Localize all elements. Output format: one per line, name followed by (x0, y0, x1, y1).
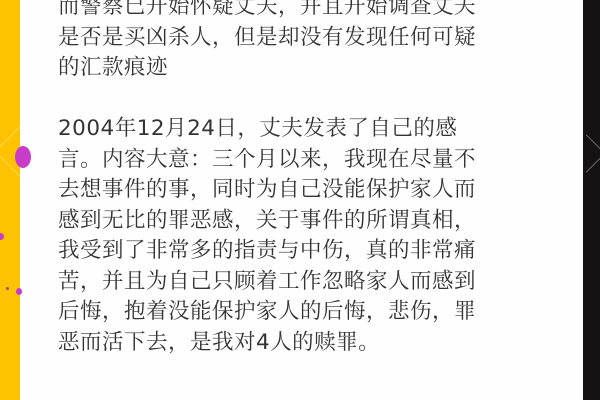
paragraph-2: 2004年12月24日，丈夫发表了自己的感 言。内容大意：三个月以来，我现在尽量… (58, 114, 578, 358)
article-body: 而警察已开始怀疑丈夫，并且开始调查丈夫 是否是买凶杀人，但是却没有发现任何可疑 … (58, 0, 578, 358)
right-decorative-strip (583, 0, 600, 400)
text-line: 苦，并且为自己只顾着工作忽略家人而感到 (58, 267, 578, 298)
decorative-dot (16, 288, 22, 295)
decorative-dot-large (15, 146, 31, 168)
text-line: 是否是买凶杀人，但是却没有发现任何可疑 (58, 23, 578, 54)
decorative-dot (6, 287, 9, 290)
text-line: 我受到了非常多的指责与中伤，真的非常痛 (58, 236, 578, 267)
text-line: 后悔，抱着没能保护家人的后悔，悲伤，罪 (58, 297, 578, 328)
text-line: 而警察已开始怀疑丈夫，并且开始调查丈夫 (58, 0, 578, 23)
screenshot-frame: 而警察已开始怀疑丈夫，并且开始调查丈夫 是否是买凶杀人，但是却没有发现任何可疑 … (0, 0, 600, 400)
text-line: 感到无比的罪恶感，关于事件的所谓真相， (58, 206, 578, 237)
text-line: 去想事件的事，同时为自己没能保护家人而 (58, 175, 578, 206)
left-decorative-strip (0, 0, 20, 400)
text-line: 言。内容大意：三个月以来，我现在尽量不 (58, 145, 578, 176)
paragraph-spacer (58, 84, 578, 115)
chevron-right-icon (583, 134, 600, 172)
text-line: 恶而活下去，是我对4人的赎罪。 (58, 328, 578, 359)
text-line: 2004年12月24日，丈夫发表了自己的感 (58, 114, 578, 145)
paragraph-1: 而警察已开始怀疑丈夫，并且开始调查丈夫 是否是买凶杀人，但是却没有发现任何可疑 … (58, 0, 578, 84)
text-line: 的汇款痕迹 (58, 53, 578, 84)
